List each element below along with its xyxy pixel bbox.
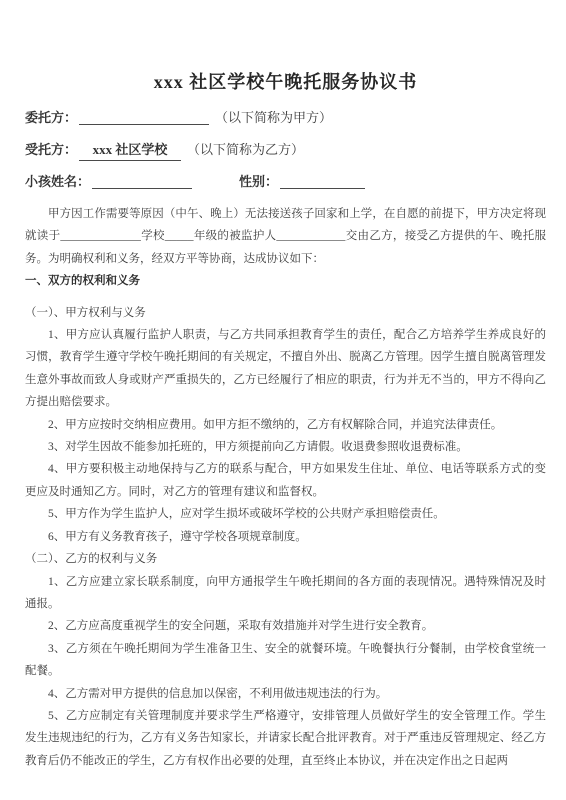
party-b-item-5: 5、乙方应制定有关管理制度并要求学生严格遵守，安排管理人员做好学生的安全管理工作… [25, 705, 546, 772]
party-b-heading: （二）、乙方的权利与义务 [25, 548, 546, 570]
child-name-label: 小孩姓名： [25, 174, 90, 189]
trustee-label: 受托方： [25, 142, 77, 157]
party-a-item-2: 2、甲方应按时交纳相应费用。如甲方拒不缴纳的，乙方有权解除合同，并追究法律责任。 [25, 414, 546, 436]
trustee-row: 受托方：xxx 社区学校（以下简称为乙方） [25, 139, 546, 161]
document-page: xxx 社区学校午晚托服务协议书 委托方：（以下简称为甲方） 受托方：xxx 社… [0, 0, 566, 800]
consignor-note: （以下简称为甲方） [215, 110, 332, 125]
party-a-item-3: 3、对学生因故不能参加托班的，甲方须提前向乙方请假。收退费参照收退费标准。 [25, 436, 546, 458]
party-a-heading: （一）、甲方权利与义务 [25, 302, 546, 324]
child-info-row: 小孩姓名：性别： [25, 171, 546, 193]
page-title: xxx 社区学校午晚托服务协议书 [25, 70, 546, 94]
intro-paragraph: 甲方因工作需要等原因（中午、晚上）无法接送孩子回家和上学，在自愿的前提下，甲方决… [25, 203, 546, 270]
party-b-item-1: 1、乙方应建立家长联系制度，向甲方通报学生午晚托期间的各方面的表现情况。遇特殊情… [25, 571, 546, 616]
party-a-item-1: 1、甲方应认真履行监护人职责，与乙方共同承担教育学生的责任，配合乙方培养学生养成… [25, 324, 546, 414]
party-b-item-3: 3、乙方须在午晚托期间为学生准备卫生、安全的就餐环境。午晚餐执行分餐制，由学校食… [25, 638, 546, 683]
party-b-item-2: 2、乙方应高度重视学生的安全问题，采取有效措施并对学生进行安全教育。 [25, 615, 546, 637]
section-1-heading: 一、双方的权利和义务 [25, 270, 546, 292]
gender-label: 性别： [239, 174, 278, 189]
gender-blank-field [280, 172, 365, 189]
trustee-note: （以下简称为乙方） [187, 142, 304, 157]
consignor-label: 委托方： [25, 110, 77, 125]
consignor-row: 委托方：（以下简称为甲方） [25, 107, 546, 129]
party-a-item-4: 4、甲方要积极主动地保持与乙方的联系与配合，甲方如果发生住址、单位、电话等联系方… [25, 458, 546, 503]
consignor-blank-field [79, 108, 209, 125]
trustee-value-field: xxx 社区学校 [79, 139, 181, 161]
party-a-item-5: 5、甲方作为学生监护人，应对学生损坏或破坏学校的公共财产承担赔偿责任。 [25, 503, 546, 525]
party-b-item-4: 4、乙方需对甲方提供的信息加以保密，不利用做违规违法的行为。 [25, 683, 546, 705]
child-name-blank-field [92, 172, 192, 189]
party-a-item-6: 6、甲方有义务教育孩子，遵守学校各项规章制度。 [25, 526, 546, 548]
